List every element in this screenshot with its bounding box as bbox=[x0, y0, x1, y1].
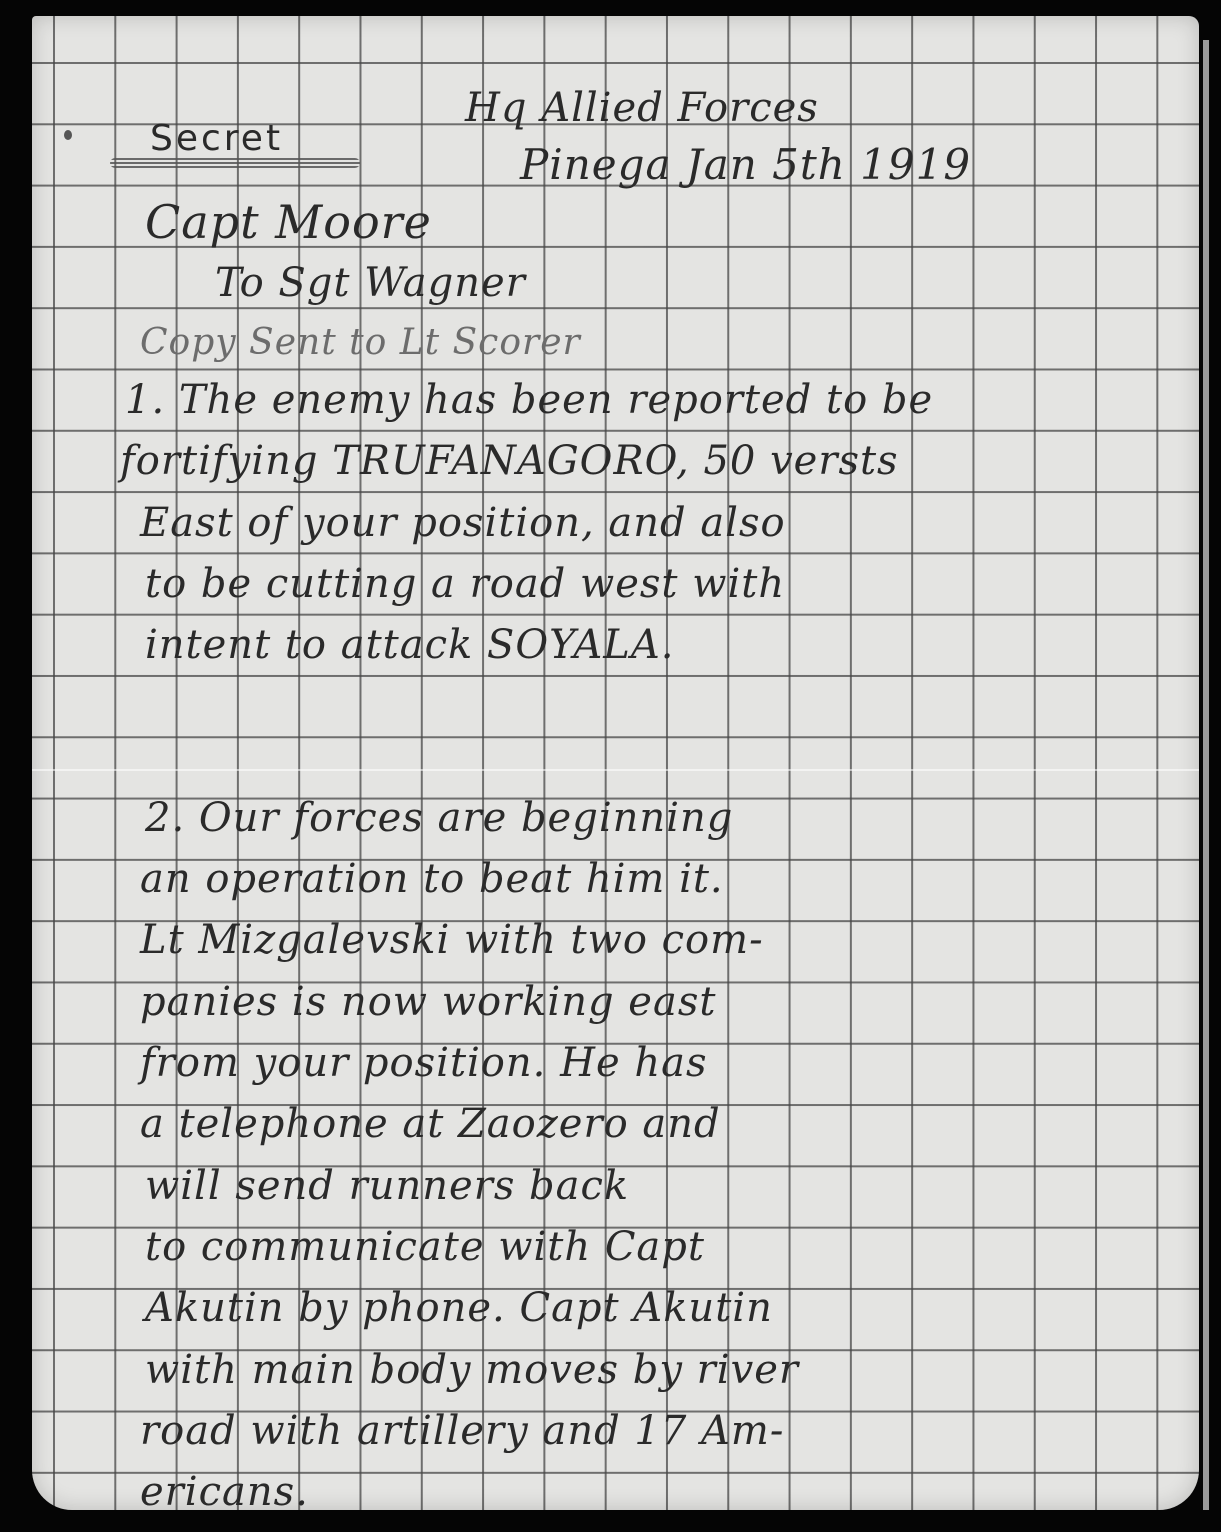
page-fold-crease bbox=[32, 769, 1199, 771]
classification-underline bbox=[110, 158, 360, 168]
message-line: Akutin by phone. Capt Akutin bbox=[145, 1286, 773, 1330]
message-line: fortifying TRUFANAGORO, 50 versts bbox=[120, 439, 899, 483]
message-line: 2. Our forces are beginning bbox=[145, 796, 733, 840]
message-line: panies is now working east bbox=[140, 980, 716, 1024]
message-line: with main body moves by river bbox=[145, 1348, 799, 1392]
message-line: Lt Mizgalevski with two com- bbox=[140, 918, 764, 962]
message-line: an operation to beat him it. bbox=[140, 857, 724, 901]
recipient: To Sgt Wagner bbox=[215, 260, 526, 306]
message-line: 1. The enemy has been reported to be bbox=[125, 378, 933, 422]
message-line: will send runners back bbox=[145, 1164, 629, 1208]
message-line: from your position. He has bbox=[140, 1041, 707, 1085]
message-line: to be cutting a road west with bbox=[145, 562, 785, 606]
page-edge bbox=[1203, 40, 1209, 1510]
classification-mark: Secret bbox=[150, 118, 283, 159]
message-line: East of your position, and also bbox=[140, 501, 786, 545]
header-origin: Hq Allied Forces bbox=[465, 85, 819, 131]
sender: Capt Moore bbox=[145, 195, 432, 249]
message-line: intent to attack SOYALA. bbox=[145, 623, 674, 667]
header-place-date: Pinega Jan 5th 1919 bbox=[520, 140, 971, 189]
message-line: road with artillery and 17 Am- bbox=[140, 1409, 784, 1453]
copy-note: Copy Sent to Lt Scorer bbox=[140, 322, 581, 363]
message-line: ericans. bbox=[140, 1470, 309, 1514]
message-line: to communicate with Capt bbox=[145, 1225, 705, 1269]
message-line: a telephone at Zaozero and bbox=[140, 1102, 721, 1146]
ink-dot bbox=[64, 130, 72, 140]
